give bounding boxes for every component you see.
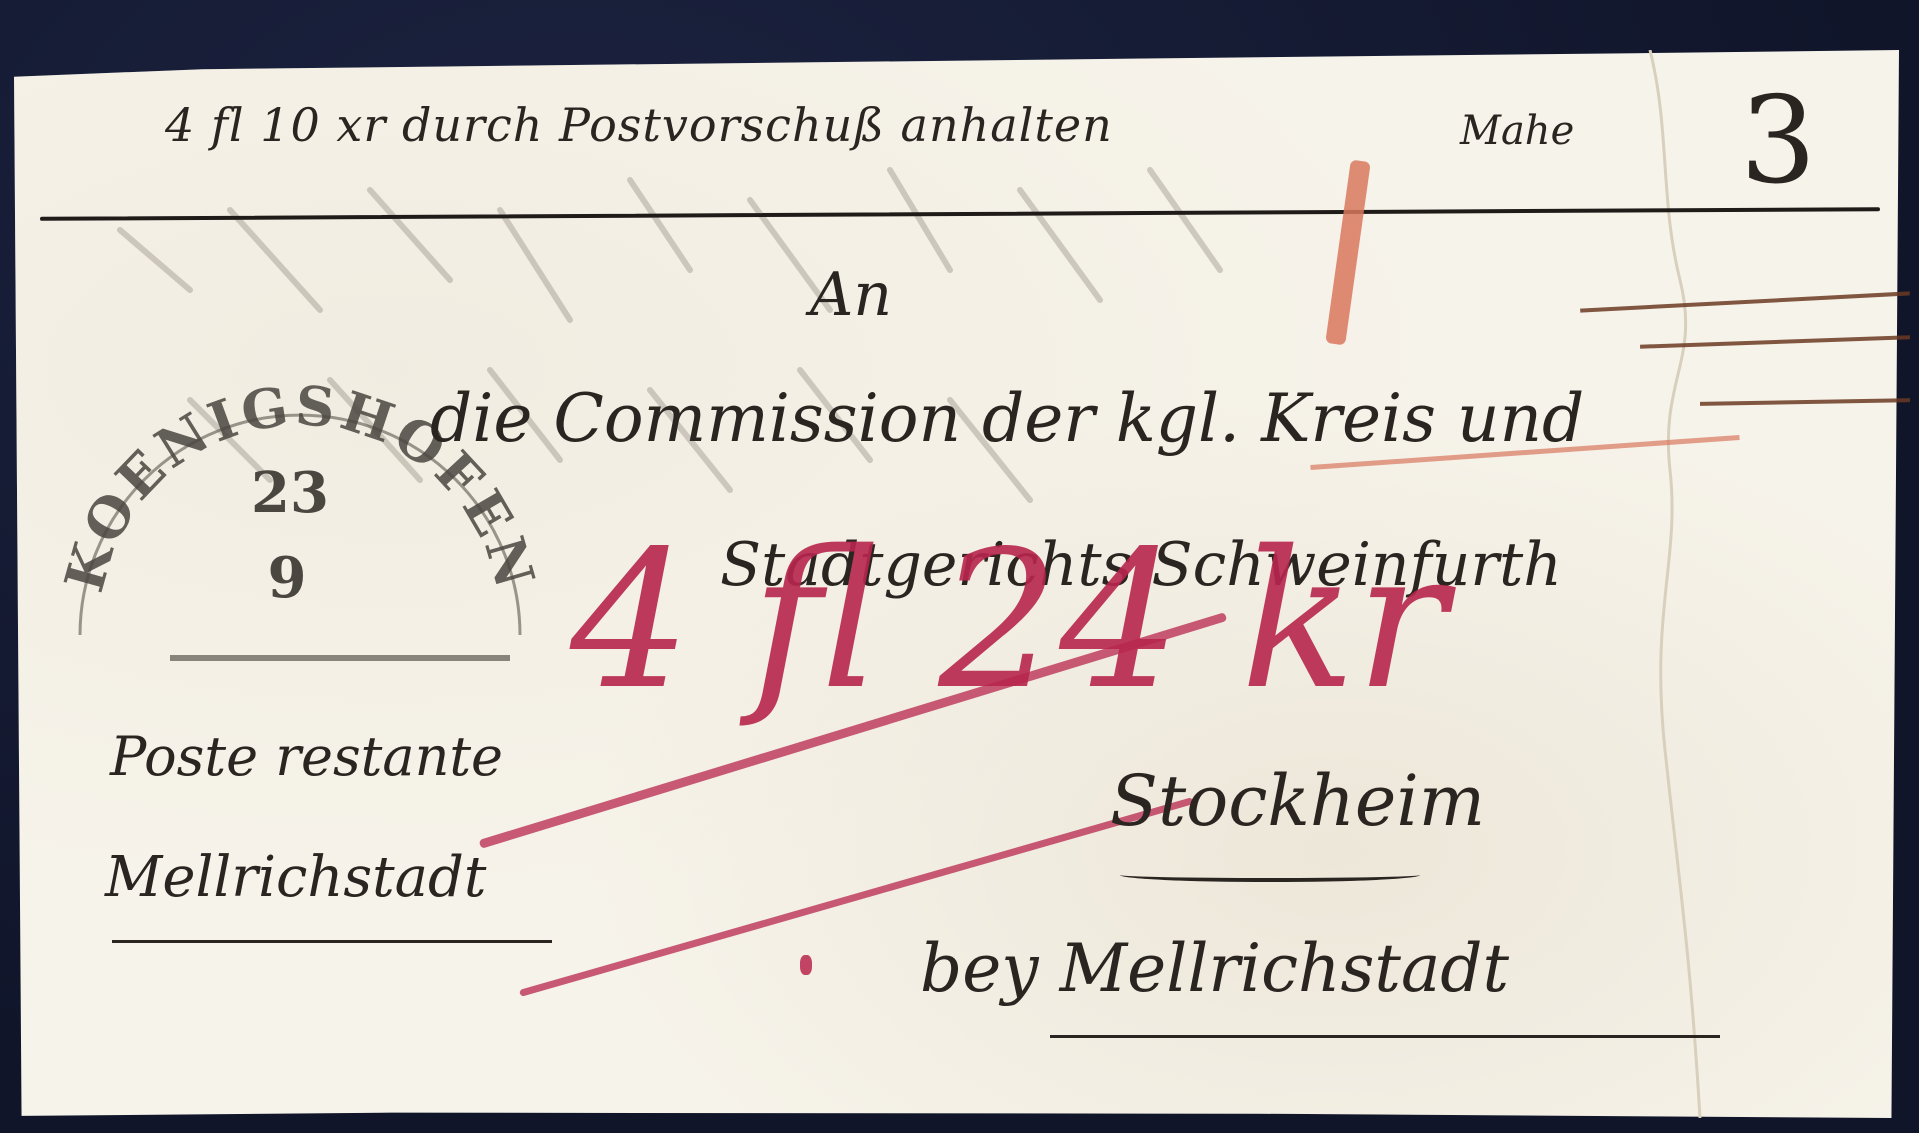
- address-line-1: die Commission der kgl. Kreis und: [430, 380, 1584, 457]
- red-ink-mark: [800, 955, 812, 975]
- postmark-day: 23: [40, 460, 540, 526]
- poste-restante-line-1: Poste restante: [110, 725, 503, 788]
- salutation: An: [810, 260, 892, 330]
- red-rate-marking: 4 fl 24 kr: [570, 510, 1447, 731]
- poste-restante-line-2: Mellrichstadt: [105, 845, 486, 910]
- address-near: bey Mellrichstadt: [920, 930, 1509, 1007]
- city-underline: [1120, 868, 1420, 882]
- address-city: Stockheim: [1110, 760, 1485, 842]
- top-note: Mahe: [1460, 108, 1574, 154]
- rate-mark-top: 3: [1740, 72, 1816, 211]
- poste-restante-underline: [112, 940, 552, 943]
- postmark-bar: [170, 655, 510, 661]
- address-underline: [1050, 1035, 1720, 1038]
- postmark-month: 9: [37, 545, 537, 611]
- top-annotation: 4 fl 10 xr durch Postvorschuß anhalten: [165, 98, 1113, 152]
